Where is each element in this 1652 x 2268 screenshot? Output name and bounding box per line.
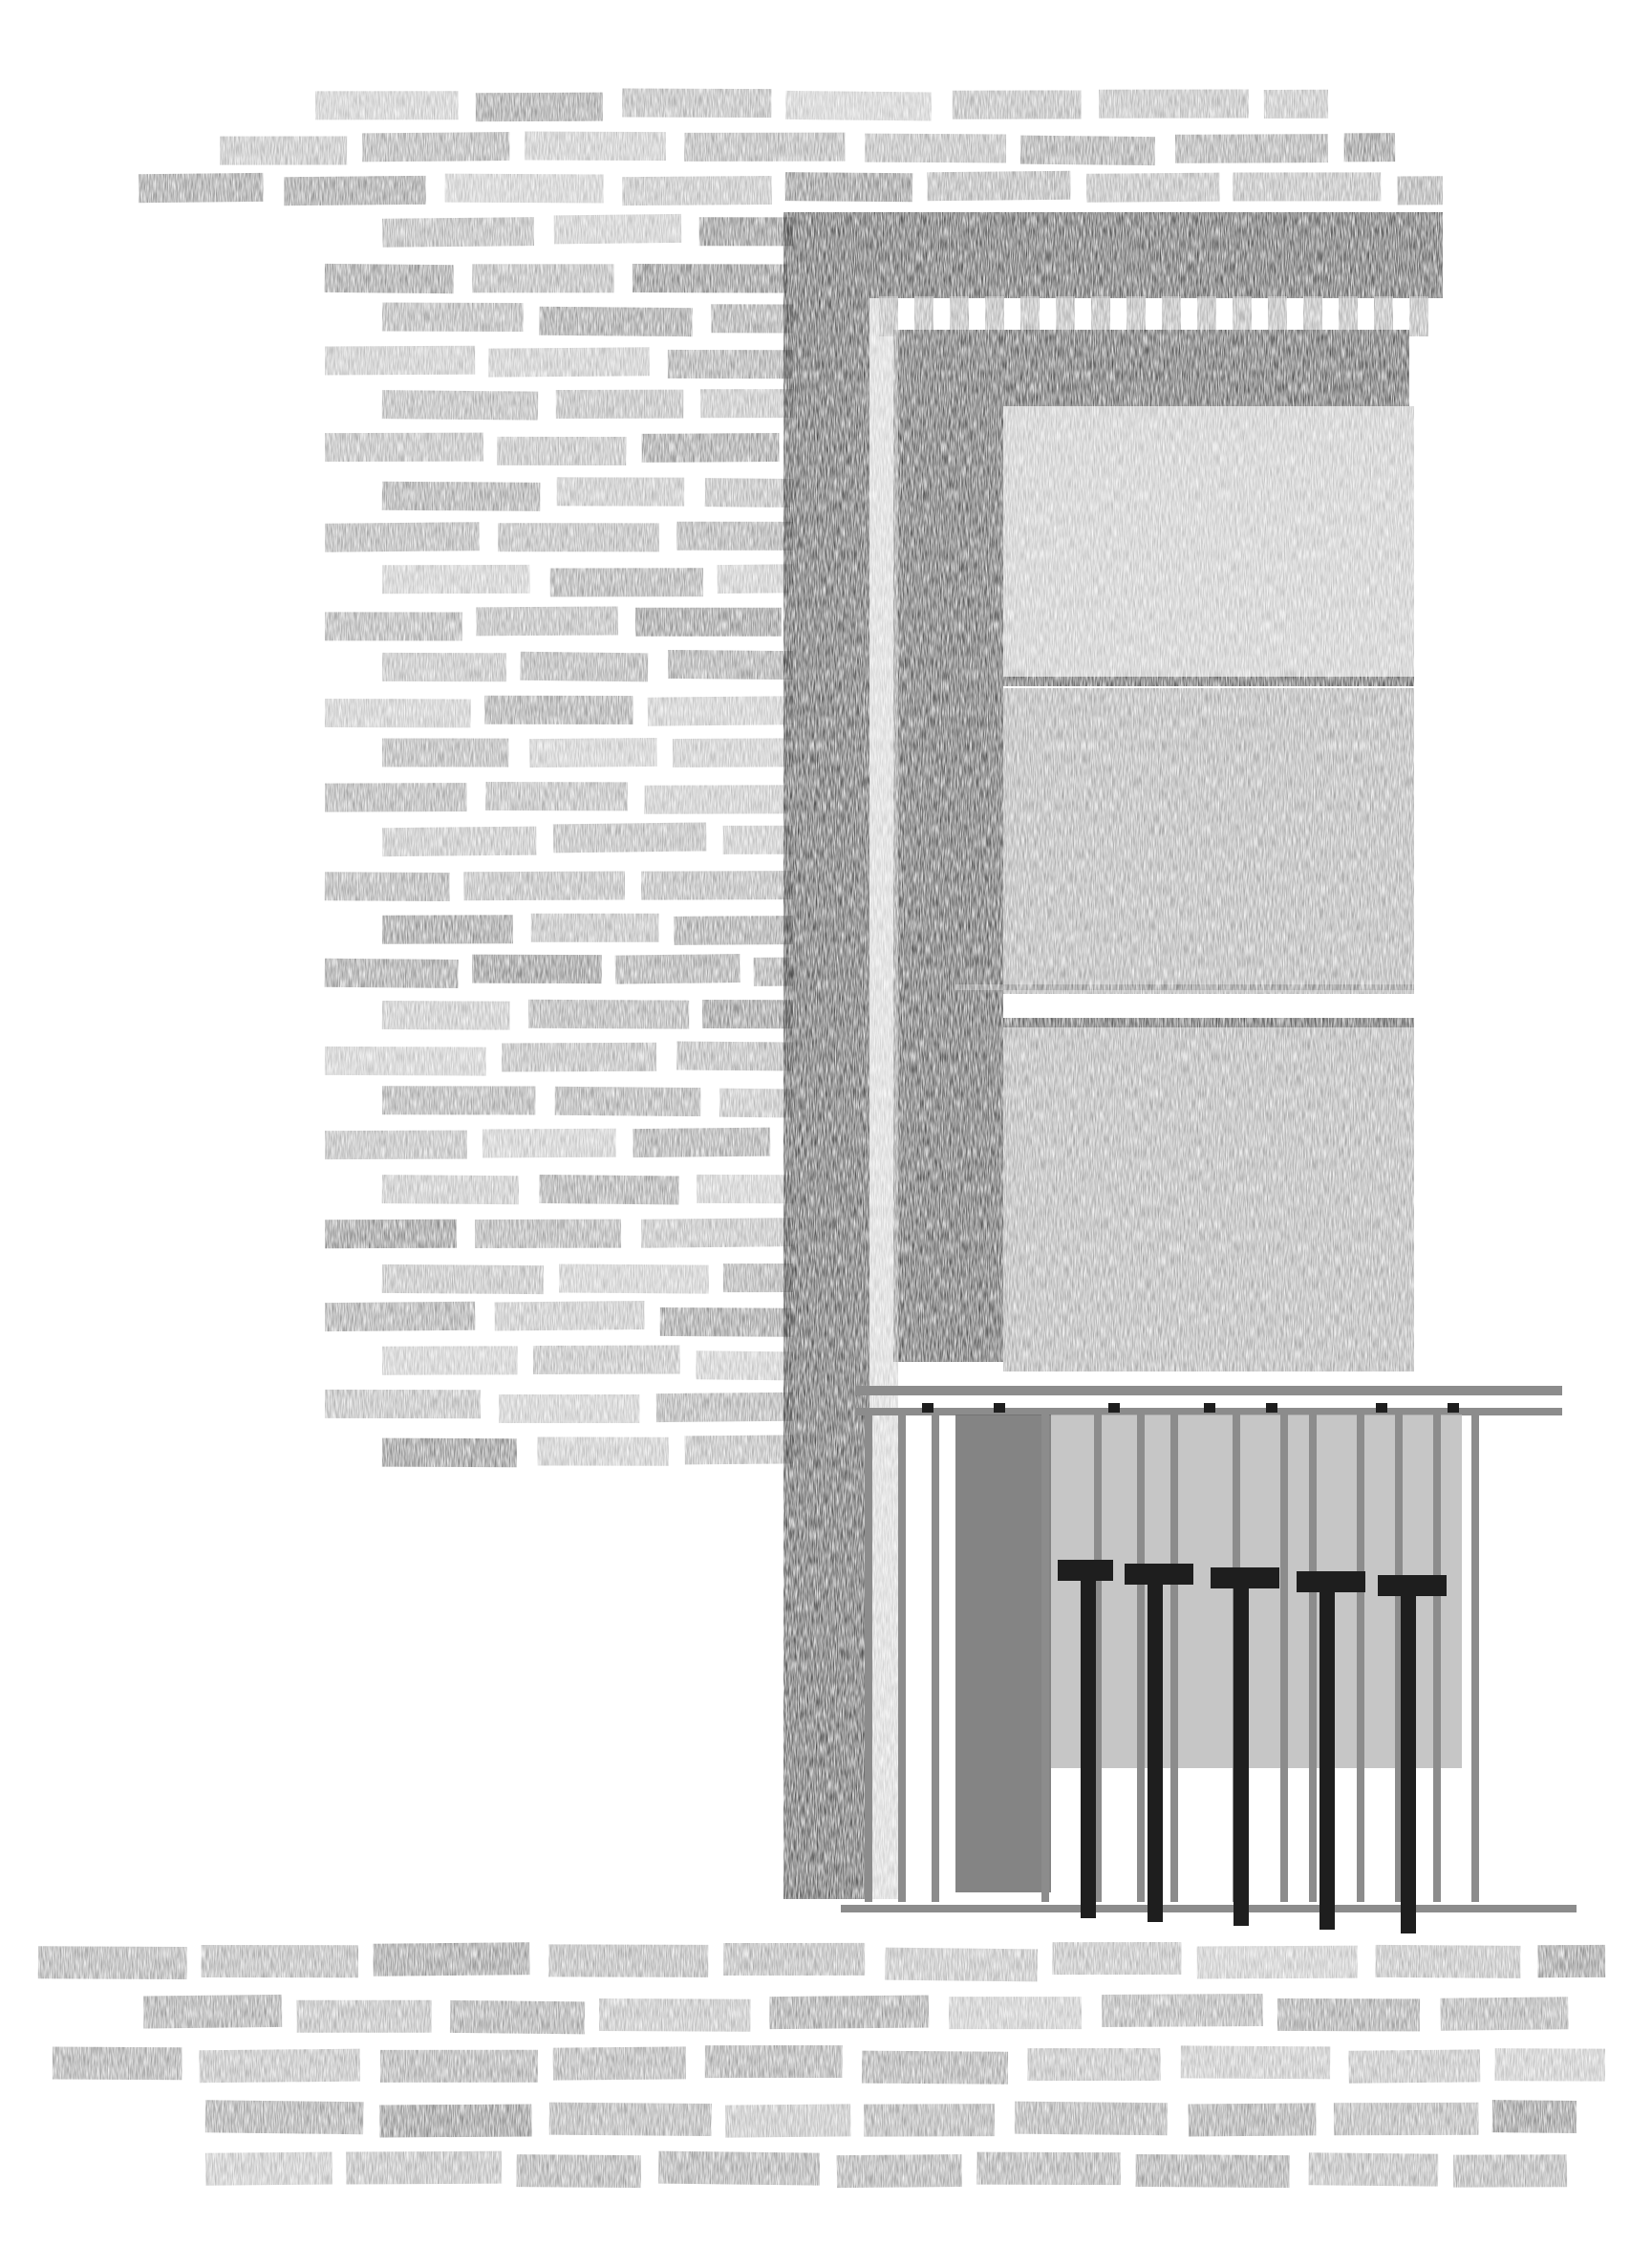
pencil-drawing xyxy=(0,0,1652,2268)
balcony-railing xyxy=(841,1386,1577,1933)
